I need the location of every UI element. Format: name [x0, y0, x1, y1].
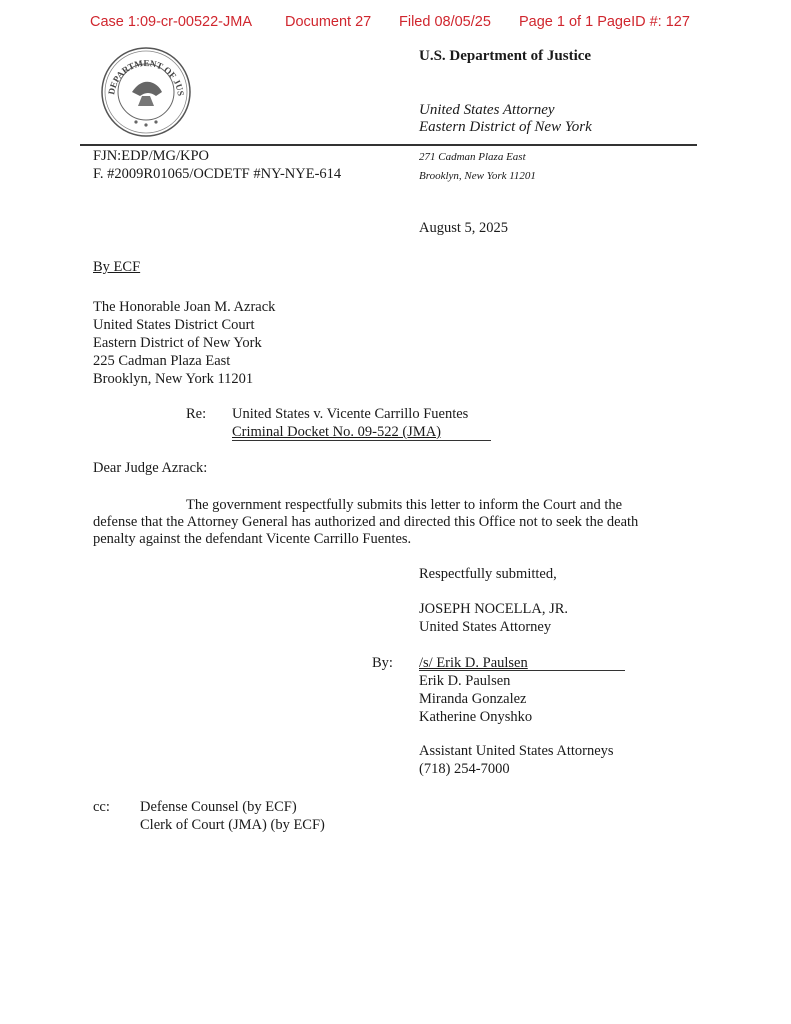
- re-underline: [232, 440, 491, 441]
- phone-number: (718) 254-7000: [419, 761, 510, 778]
- salutation: Dear Judge Azrack:: [93, 460, 207, 477]
- addressee-line: Brooklyn, New York 11201: [93, 370, 275, 388]
- office-line1: United States Attorney: [419, 102, 555, 119]
- re-label: Re:: [186, 406, 206, 423]
- letter-date: August 5, 2025: [419, 220, 508, 237]
- stamp-document: Document 27: [285, 14, 371, 30]
- address-line1: 271 Cadman Plaza East: [419, 151, 526, 163]
- stamp-filed: Filed 08/05/25: [399, 14, 491, 30]
- body-line3: penalty against the defendant Vicente Ca…: [93, 531, 411, 548]
- department-name: U.S. Department of Justice: [419, 48, 591, 65]
- stamp-page: Page 1 of 1 PageID #: 127: [519, 14, 690, 30]
- valediction: Respectfully submitted,: [419, 566, 557, 583]
- cc-item: Defense Counsel (by ECF): [140, 798, 325, 816]
- addressee-line: 225 Cadman Plaza East: [93, 352, 275, 370]
- us-attorney-name: JOSEPH NOCELLA, JR.: [419, 601, 568, 618]
- doj-seal-icon: DEPARTMENT OF JUSTICE: [100, 46, 192, 143]
- address-line2: Brooklyn, New York 11201: [419, 170, 536, 182]
- re-line1: United States v. Vicente Carrillo Fuente…: [232, 406, 468, 423]
- addressee-line: United States District Court: [93, 316, 275, 334]
- signers-title: Assistant United States Attorneys: [419, 743, 614, 760]
- delivery-method: By ECF: [93, 259, 140, 276]
- addressee-line: The Honorable Joan M. Azrack: [93, 298, 275, 316]
- signer-name: Miranda Gonzalez: [419, 690, 532, 708]
- re-line2: Criminal Docket No. 09-522 (JMA): [232, 424, 441, 441]
- cc-item: Clerk of Court (JMA) (by ECF): [140, 816, 325, 834]
- ref-initials: FJN:EDP/MG/KPO: [93, 148, 209, 165]
- addressee-block: The Honorable Joan M. Azrack United Stat…: [93, 298, 275, 388]
- addressee-line: Eastern District of New York: [93, 334, 275, 352]
- signer-name: Erik D. Paulsen: [419, 672, 532, 690]
- stamp-case: Case 1:09-cr-00522-JMA: [90, 14, 252, 30]
- body-line1: The government respectfully submits this…: [186, 497, 622, 514]
- cc-label: cc:: [93, 799, 110, 816]
- signers-block: Erik D. Paulsen Miranda Gonzalez Katheri…: [419, 672, 532, 726]
- office-line2: Eastern District of New York: [419, 119, 592, 136]
- letterhead-divider: [80, 144, 697, 146]
- signature-line: [419, 670, 625, 671]
- cc-list: Defense Counsel (by ECF) Clerk of Court …: [140, 798, 325, 834]
- by-label: By:: [372, 655, 393, 672]
- signer-name: Katherine Onyshko: [419, 708, 532, 726]
- body-line2: defense that the Attorney General has au…: [93, 514, 638, 531]
- ref-file-no: F. #2009R01065/OCDETF #NY-NYE-614: [93, 166, 341, 183]
- us-attorney-title: United States Attorney: [419, 619, 551, 636]
